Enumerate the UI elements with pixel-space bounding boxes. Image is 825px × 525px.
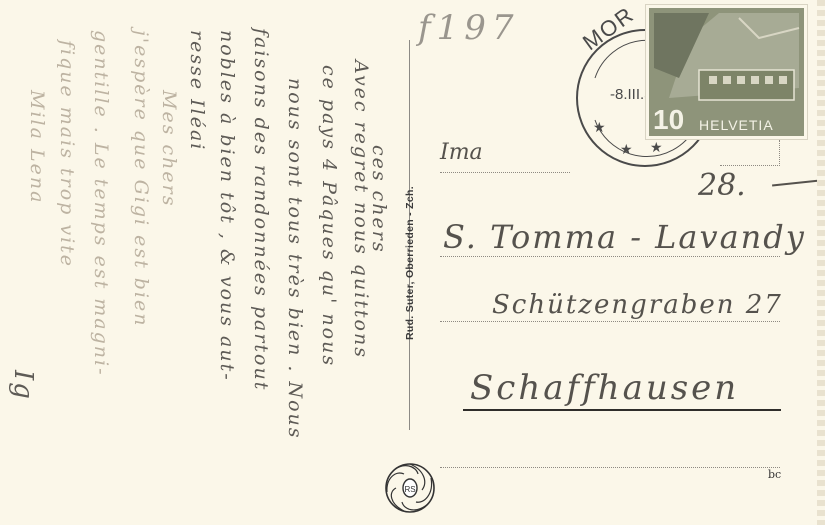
address-line (440, 467, 780, 468)
recipient-street: Schützengraben 27 (492, 290, 783, 320)
pen-stroke (772, 179, 820, 186)
message-line: Mes chers (158, 90, 180, 207)
postage-stamp: 10 HELVETIA (649, 8, 804, 136)
printer-code: bc (768, 468, 781, 481)
svg-text:★: ★ (593, 120, 606, 136)
publisher-imprint: Rud. Suter, Oberrieden - Zch. (404, 186, 416, 340)
recipient-name: S. Tomma - Lavandy (443, 218, 806, 256)
message-line: ces chers (368, 145, 390, 254)
message-line: fique mais trop vite (56, 40, 78, 268)
message-line: nous sont tous très bien . Nous (284, 78, 306, 440)
signature: Ig (8, 370, 38, 401)
message-line: j'espère que Gigi est bien (130, 30, 152, 328)
svg-text:★: ★ (620, 142, 633, 158)
stamp-box-line (779, 140, 780, 166)
address-line (440, 256, 780, 257)
svg-text:RS: RS (404, 485, 415, 494)
message-line: ce pays 4 Pâques qu' nous (318, 65, 340, 367)
stamp-box-line (720, 165, 780, 166)
message-line: nobles à bien tôt , & vous aut- (216, 30, 238, 382)
message-line: Mila Lena (26, 90, 48, 204)
address-line (440, 321, 780, 322)
stamp-country: HELVETIA (699, 117, 774, 133)
stamp-denomination: 10 (653, 104, 684, 136)
postcard: f197 Avec regret nous quittons ces chers… (0, 0, 825, 525)
recipient-salutation: Ima (440, 140, 483, 165)
recipient-city: Schaffhausen (470, 368, 739, 408)
publisher-logo-icon: RS (384, 462, 436, 514)
recipient-number: 28. (698, 168, 746, 203)
message-line: gentille . Le temps est magni- (90, 30, 112, 377)
svg-text:★: ★ (650, 140, 663, 156)
archive-note: f197 (418, 8, 519, 48)
message-line: resse Iléai (186, 30, 208, 151)
city-underline (463, 409, 781, 411)
message-line: faisons des randonnées partout (250, 28, 272, 391)
address-line (440, 172, 570, 173)
